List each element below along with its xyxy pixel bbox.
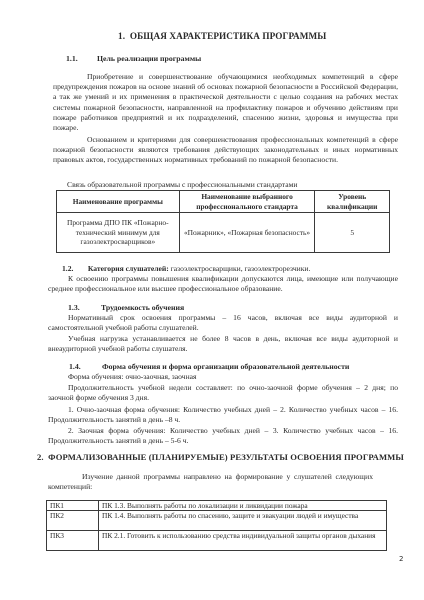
standards-table-header: Наименование программы Наименование выбр… <box>57 191 390 213</box>
subsection-1-1-number: 1.1. <box>66 54 95 63</box>
subsection-1-3-number: 1.3. <box>68 303 99 312</box>
correspondence-form-paragraph: 2. Заочная форма обучения: Количество уч… <box>48 426 398 446</box>
section-2-heading: 2. ФОРМАЛИЗОВАННЫЕ (ПЛАНИРУЕМЫЕ) РЕЗУЛЬТ… <box>37 452 404 462</box>
competency-code: ПК2 <box>47 511 99 531</box>
section-2-title: ФОРМАЛИЗОВАННЫЕ (ПЛАНИРУЕМЫЕ) РЕЗУЛЬТАТЫ… <box>48 452 404 462</box>
study-week-paragraph: Продолжительность учебной недели составл… <box>48 383 398 403</box>
cell-qualification-level: 5 <box>315 213 390 253</box>
workload-paragraph-1: Нормативный срок освоения программы – 16… <box>48 313 398 333</box>
competency-text: ПК 2.1. Готовить к использованию средств… <box>99 531 387 551</box>
competencies-table: ПК1 ПК 1.3. Выполнять работы по локализа… <box>46 500 387 551</box>
competency-text: ПК 1.3. Выполнять работы по локализации … <box>99 501 387 511</box>
subsection-1-4-title: Форма обучения и форма организации образ… <box>102 362 349 371</box>
cell-standard-name: «Пожарник», «Пожарная безопасность» <box>179 213 315 253</box>
subsection-1-2-title: Категория слушателей: <box>88 264 169 273</box>
subsection-1-3-heading: 1.3. Трудоемкость обучения <box>68 303 184 312</box>
section-2-number: 2. <box>37 452 44 462</box>
part-time-form-paragraph: 1. Очно-заочная форма обучения: Количест… <box>48 405 398 425</box>
subsection-1-2-heading: 1.2. Категория слушателей: газоэлектросв… <box>62 264 310 274</box>
table-row: ПК2 ПК 1.4. Выполнять работы по спасению… <box>47 511 387 531</box>
standards-table-caption: Связь образовательной программы с профес… <box>67 180 297 190</box>
subsection-1-1-title: Цель реализации программы <box>97 54 201 63</box>
header-standard-name: Наименование выбранного профессиональног… <box>179 191 315 213</box>
competency-code: ПК1 <box>47 501 99 511</box>
subsection-1-4-number: 1.4. <box>69 362 100 371</box>
study-form-paragraph: Форма обучения: очно-заочная, заочная <box>48 372 398 382</box>
competencies-intro: Изучение данной программы направлено на … <box>48 472 373 492</box>
competency-code: ПК3 <box>47 531 99 551</box>
goal-paragraph-1: Приобретение и совершенствование обучающ… <box>53 72 398 133</box>
cell-program-name: Программа ДПО ПК «Пожарно-технический ми… <box>57 213 180 253</box>
subsection-1-2-number: 1.2. <box>62 264 86 274</box>
goal-paragraph-2: Основанием и критериями для совершенство… <box>53 135 398 166</box>
competency-text: ПК 1.4. Выполнять работы по спасению, за… <box>99 511 387 531</box>
standards-table: Наименование программы Наименование выбр… <box>56 190 390 253</box>
table-row: Программа ДПО ПК «Пожарно-технический ми… <box>57 213 390 253</box>
subsection-1-3-title: Трудоемкость обучения <box>101 303 184 312</box>
header-qualification-level: Уровень квалификации <box>315 191 390 213</box>
workload-paragraph-2: Учебная нагрузка устанавливается не боле… <box>48 334 398 354</box>
subsection-1-1-heading: 1.1. Цель реализации программы <box>66 54 201 63</box>
header-program-name: Наименование программы <box>57 191 180 213</box>
page-number: 2 <box>399 555 403 563</box>
section-1-title: ОБЩАЯ ХАРАКТЕРИСТИКА ПРОГРАММЫ <box>130 31 327 41</box>
admission-paragraph: К освоению программы повышения квалифика… <box>48 274 398 294</box>
subsection-1-4-heading: 1.4. Форма обучения и форма организации … <box>69 362 349 371</box>
table-row: ПК1 ПК 1.3. Выполнять работы по локализа… <box>47 501 387 511</box>
section-1-heading: 1. ОБЩАЯ ХАРАКТЕРИСТИКА ПРОГРАММЫ <box>118 31 326 41</box>
section-1-number: 1. <box>118 31 125 41</box>
listener-category-value: газоэлектросварщики, газоэлектрорезчики. <box>169 264 311 273</box>
table-row: ПК3 ПК 2.1. Готовить к использованию сре… <box>47 531 387 551</box>
